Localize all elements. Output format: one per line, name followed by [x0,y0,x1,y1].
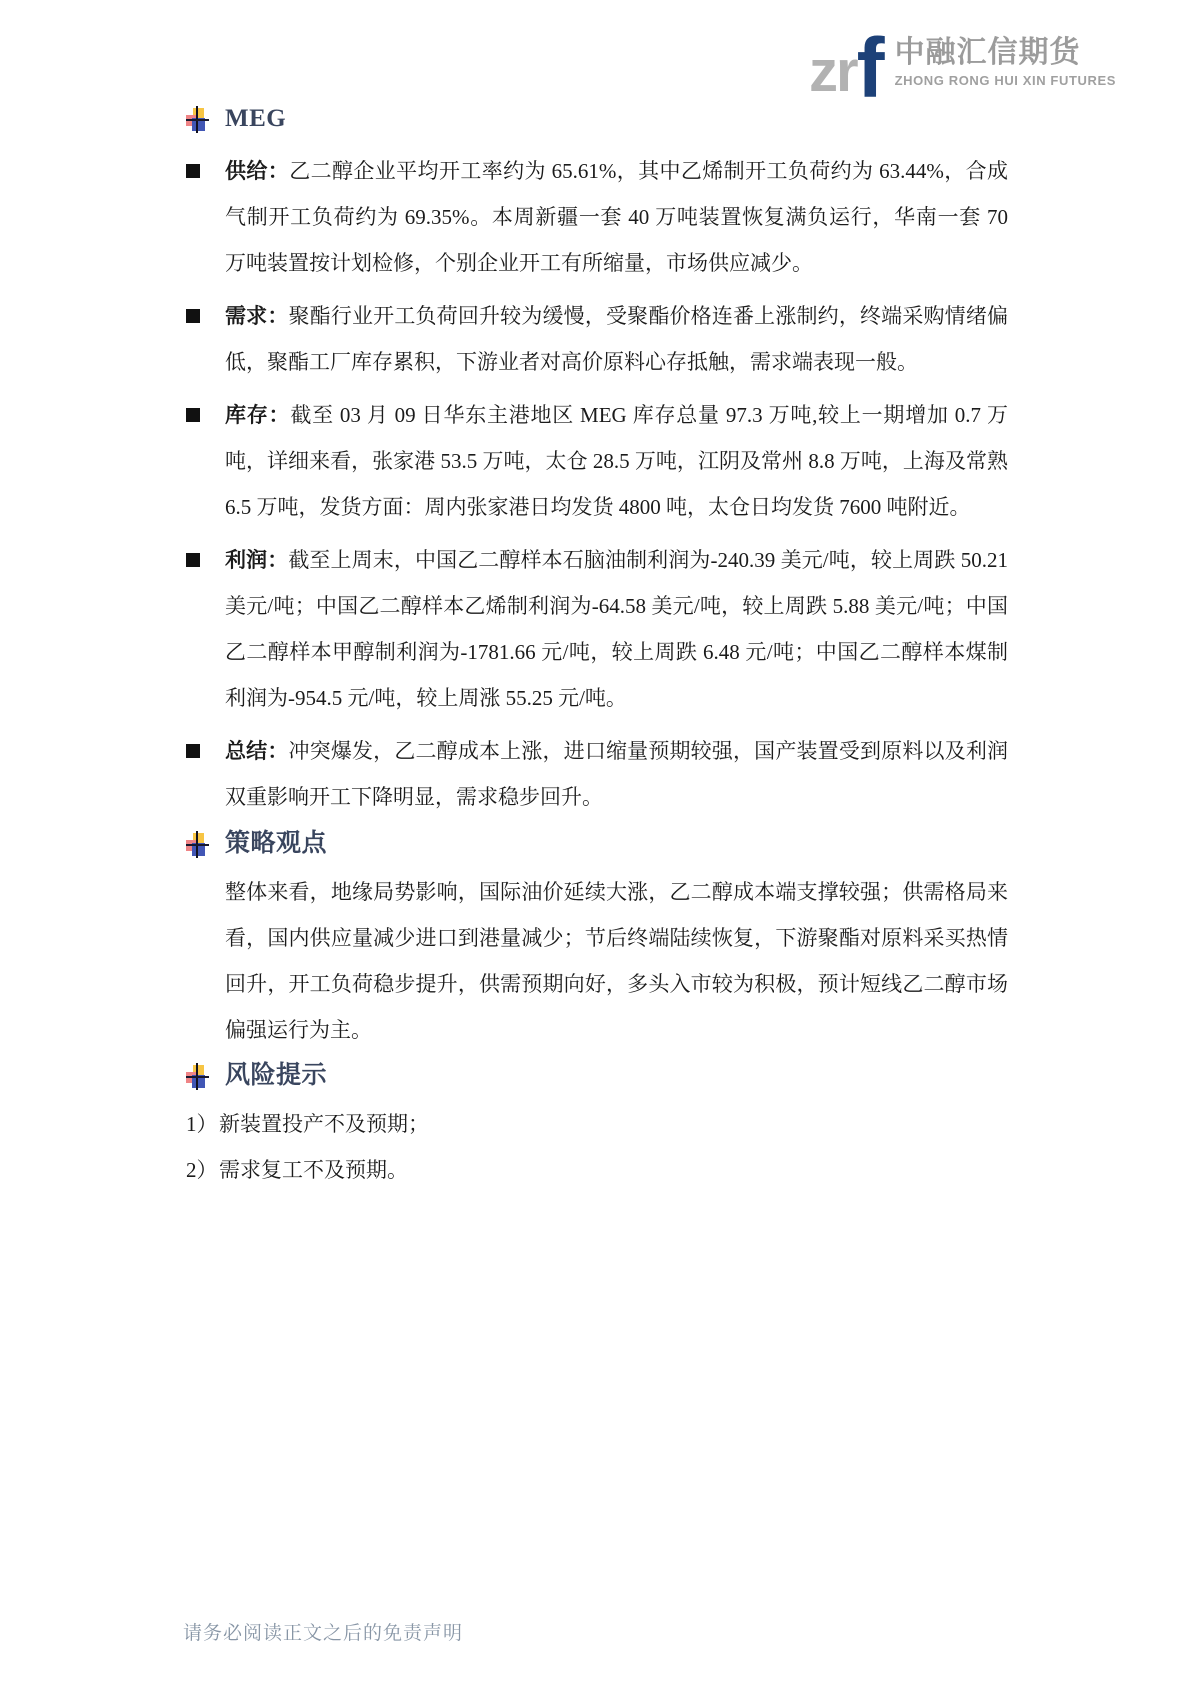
section-heading-strategy: 策略观点 [186,827,1008,861]
item-body: 截至 03 月 09 日华东主港地区 MEG 库存总量 97.3 万吨,较上一期… [225,403,1008,519]
list-item-text: 利润：截至上周末，中国乙二醇样本石脑油制利润为-240.39 美元/吨，较上周跌… [225,537,1008,721]
item-label: 利润： [225,548,288,572]
section-heading-meg: MEG [186,102,1008,136]
item-label: 库存： [225,403,290,427]
item-label: 总结： [225,739,289,763]
company-logo: zrf 中融汇信期货 ZHONG RONG HUI XIN FUTURES [809,20,1116,104]
square-bullet-icon [186,408,200,422]
clover-bullet-icon [186,106,209,133]
list-item-supply: 供给：乙二醇企业平均开工率约为 65.61%，其中乙烯制开工负荷约为 63.44… [186,148,1008,286]
report-page: zrf 中融汇信期货 ZHONG RONG HUI XIN FUTURES ME… [0,0,1190,1683]
list-item-demand: 需求：聚酯行业开工负荷回升较为缓慢，受聚酯价格连番上涨制约，终端采购情绪偏低，聚… [186,293,1008,385]
strategy-paragraph: 整体来看，地缘局势影响，国际油价延续大涨，乙二醇成本端支撑较强；供需格局来看，国… [225,869,1008,1053]
risk-item-2: 2） 需求复工不及预期。 [186,1147,1008,1193]
risk-item-1: 1） 新装置投产不及预期； [186,1101,1008,1147]
bullet-marker [186,537,225,721]
logo-names: 中融汇信期货 ZHONG RONG HUI XIN FUTURES [895,36,1116,89]
item-body: 截至上周末，中国乙二醇样本石脑油制利润为-240.39 美元/吨，较上周跌 50… [225,548,1008,710]
square-bullet-icon [186,309,200,323]
clover-bullet-icon [186,831,209,858]
logo-zr-letters: zr [809,43,857,101]
section-title-risk: 风险提示 [225,1059,1008,1093]
item-label: 需求： [225,304,289,328]
list-item-text: 供给：乙二醇企业平均开工率约为 65.61%，其中乙烯制开工负荷约为 63.44… [225,148,1008,286]
list-item-inventory: 库存：截至 03 月 09 日华东主港地区 MEG 库存总量 97.3 万吨,较… [186,392,1008,530]
company-name-cn: 中融汇信期货 [895,36,1116,71]
logo-zrf-mark: zrf [809,20,883,104]
risk-number: 1） [186,1101,219,1147]
bullet-marker [186,293,225,385]
list-item-text: 库存：截至 03 月 09 日华东主港地区 MEG 库存总量 97.3 万吨,较… [225,392,1008,530]
list-item-text: 总结：冲突爆发，乙二醇成本上涨，进口缩量预期较强，国产装置受到原料以及利润双重影… [225,728,1008,820]
section-title-meg: MEG [225,102,1008,136]
list-item-summary: 总结：冲突爆发，乙二醇成本上涨，进口缩量预期较强，国产装置受到原料以及利润双重影… [186,728,1008,820]
footer-disclaimer: 请务必阅读正文之后的免责声明 [183,1618,463,1645]
risk-number: 2） [186,1147,219,1193]
square-bullet-icon [186,164,200,178]
list-item-text: 需求：聚酯行业开工负荷回升较为缓慢，受聚酯价格连番上涨制约，终端采购情绪偏低，聚… [225,293,1008,385]
logo-f-letter: f [857,26,883,110]
square-bullet-icon [186,744,200,758]
bullet-marker [186,148,225,286]
item-body: 聚酯行业开工负荷回升较为缓慢，受聚酯价格连番上涨制约，终端采购情绪偏低，聚酯工厂… [225,304,1008,374]
bullet-marker [186,728,225,820]
section-title-strategy: 策略观点 [225,827,1008,861]
clover-bullet-icon [186,1063,209,1090]
section-heading-risk: 风险提示 [186,1059,1008,1093]
report-body: MEG 供给：乙二醇企业平均开工率约为 65.61%，其中乙烯制开工负荷约为 6… [186,102,1008,1193]
item-body: 冲突爆发，乙二醇成本上涨，进口缩量预期较强，国产装置受到原料以及利润双重影响开工… [225,739,1008,809]
item-body: 乙二醇企业平均开工率约为 65.61%，其中乙烯制开工负荷约为 63.44%，合… [225,159,1008,275]
item-label: 供给： [225,159,289,183]
bullet-marker [186,392,225,530]
risk-text: 需求复工不及预期。 [219,1147,1008,1193]
company-name-en: ZHONG RONG HUI XIN FUTURES [895,73,1116,88]
risk-text: 新装置投产不及预期； [219,1101,1008,1147]
square-bullet-icon [186,553,200,567]
list-item-profit: 利润：截至上周末，中国乙二醇样本石脑油制利润为-240.39 美元/吨，较上周跌… [186,537,1008,721]
